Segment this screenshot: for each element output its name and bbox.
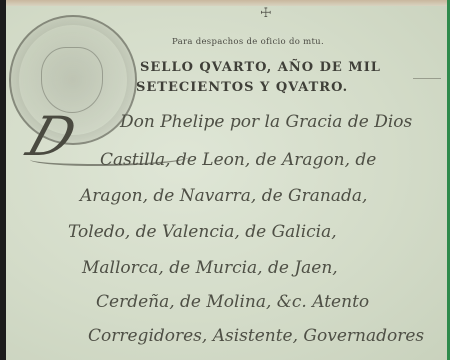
paper-top-edge [6, 0, 447, 6]
printed-subheader: Para despachos de oficio do mtu. [172, 37, 324, 47]
manuscript-line-4: Toledo, de Valencia, de Galicia, [68, 222, 337, 242]
margin-bracket [413, 78, 441, 79]
manuscript-line-6: Cerdeña, de Molina, &c. Atento [96, 292, 369, 312]
cross-mark-icon: ☩ [260, 6, 272, 21]
manuscript-photo: ☩ Para despachos de oficio do mtu. SELLO… [0, 0, 450, 360]
seal-coat-of-arms [41, 47, 103, 113]
stamp-line-2: SETECIENTOS Y QVATRO. [136, 80, 348, 95]
manuscript-line-3: Aragon, de Navarra, de Granada, [80, 186, 367, 206]
manuscript-line-7: Corregidores, Asistente, Governadores [88, 326, 424, 346]
manuscript-line-5: Mallorca, de Murcia, de Jaen, [82, 258, 338, 278]
manuscript-line-1: Don Phelipe por la Gracia de Dios [120, 112, 412, 132]
stamp-line-1: SELLO QVARTO, AÑO DE MIL [140, 60, 381, 75]
manuscript-line-2: Castilla, de Leon, de Aragon, de [100, 150, 376, 170]
